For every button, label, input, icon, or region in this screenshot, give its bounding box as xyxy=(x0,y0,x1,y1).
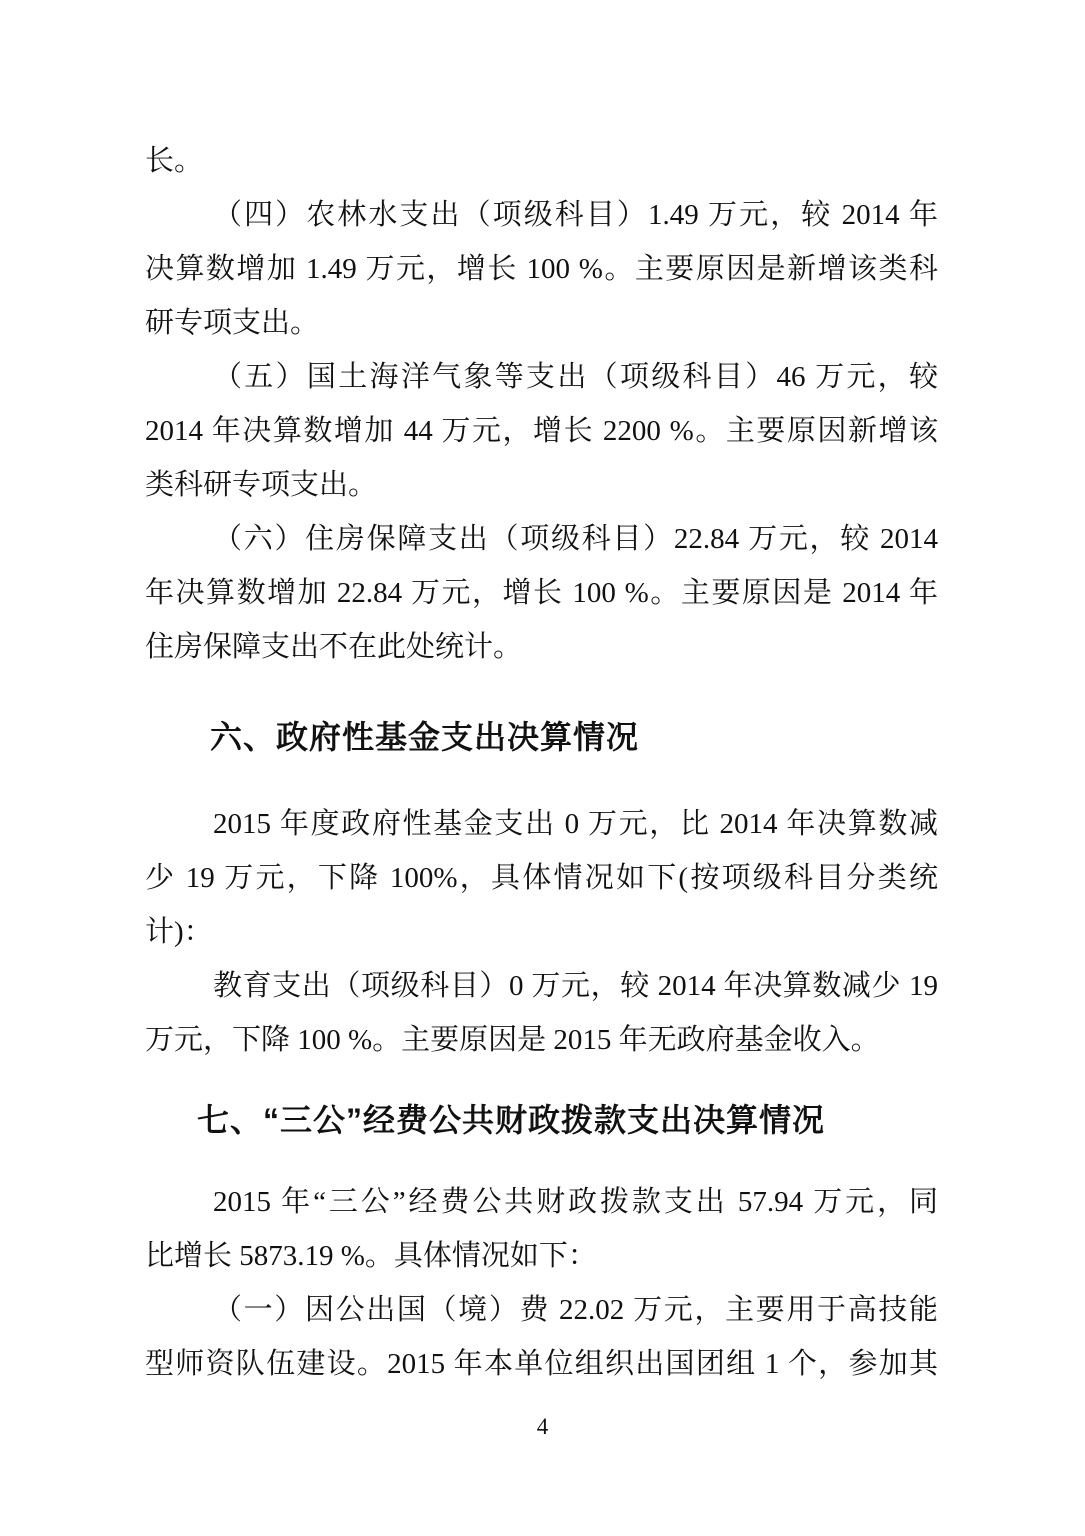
text-line: （一）因公出国（境）费 22.02 万元，主要用于高技能 xyxy=(145,1283,938,1337)
paragraph-item-5: （五）国土海洋气象等支出（项级科目）46 万元，较 2014 年决算数增加 44… xyxy=(145,350,938,512)
text-line: 2015 年度政府性基金支出 0 万元，比 2014 年决算数减 xyxy=(145,797,938,851)
text-line: 型师资队伍建设。2015 年本单位组织出国团组 1 个，参加其 xyxy=(145,1337,938,1391)
text-line: 2015 年“三公”经费公共财政拨款支出 57.94 万元，同 xyxy=(145,1175,938,1229)
paragraph-sangong-total: 2015 年“三公”经费公共财政拨款支出 57.94 万元，同 比增长 5873… xyxy=(145,1175,938,1283)
text-line: 年决算数增加 22.84 万元，增长 100 %。主要原因是 2014 年 xyxy=(145,566,938,620)
text-line: 计)： xyxy=(145,905,938,959)
text-line: 类科研专项支出。 xyxy=(145,458,938,512)
page-content: 长。 （四）农林水支出（项级科目）1.49 万元，较 2014 年 决算数增加 … xyxy=(145,134,938,1391)
text-line: 万元，下降 100 %。主要原因是 2015 年无政府基金收入。 xyxy=(145,1013,938,1067)
text-line: 2014 年决算数增加 44 万元，增长 2200 %。主要原因新增该 xyxy=(145,404,938,458)
text-line: （四）农林水支出（项级科目）1.49 万元，较 2014 年 xyxy=(145,188,938,242)
text-line: 住房保障支出不在此处统计。 xyxy=(145,620,938,674)
text-line: （六）住房保障支出（项级科目）22.84 万元，较 2014 xyxy=(145,512,938,566)
text-line: 决算数增加 1.49 万元，增长 100 %。主要原因是新增该类科 xyxy=(145,242,938,296)
paragraph-abroad-expense: （一）因公出国（境）费 22.02 万元，主要用于高技能 型师资队伍建设。201… xyxy=(145,1283,938,1391)
paragraph-item-6: （六）住房保障支出（项级科目）22.84 万元，较 2014 年决算数增加 22… xyxy=(145,512,938,674)
paragraph-item-4: （四）农林水支出（项级科目）1.49 万元，较 2014 年 决算数增加 1.4… xyxy=(145,188,938,350)
paragraph-tail: 长。 xyxy=(145,134,938,188)
document-page: 长。 （四）农林水支出（项级科目）1.49 万元，较 2014 年 决算数增加 … xyxy=(0,0,1085,1536)
page-footer: 4 xyxy=(0,1412,1085,1442)
text-line: 少 19 万元，下降 100%，具体情况如下(按项级科目分类统 xyxy=(145,851,938,905)
text-line: 长。 xyxy=(145,134,938,188)
section-heading-7: 七、“三公”经费公共财政拨款支出决算情况 xyxy=(145,1093,938,1147)
text-line: 比增长 5873.19 %。具体情况如下： xyxy=(145,1229,938,1283)
section-heading-6: 六、政府性基金支出决算情况 xyxy=(145,710,938,764)
text-line: 研专项支出。 xyxy=(145,296,938,350)
page-number: 4 xyxy=(537,1414,549,1439)
paragraph-education: 教育支出（项级科目）0 万元，较 2014 年决算数减少 19 万元，下降 10… xyxy=(145,959,938,1067)
text-line: （五）国土海洋气象等支出（项级科目）46 万元，较 xyxy=(145,350,938,404)
paragraph-gov-fund: 2015 年度政府性基金支出 0 万元，比 2014 年决算数减 少 19 万元… xyxy=(145,797,938,959)
text-line: 教育支出（项级科目）0 万元，较 2014 年决算数减少 19 xyxy=(145,959,938,1013)
